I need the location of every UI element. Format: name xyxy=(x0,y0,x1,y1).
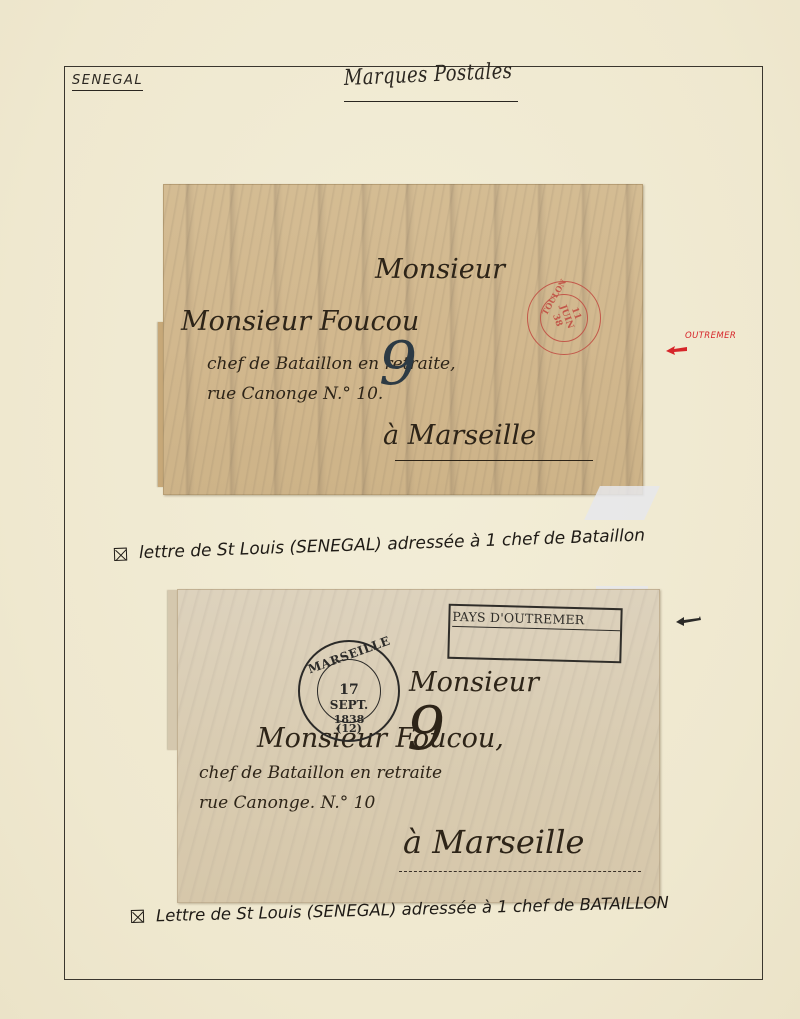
tax-mark: 9 xyxy=(407,699,445,759)
postmark-dept: (12) xyxy=(300,722,398,735)
checkbox-checked-icon xyxy=(131,910,144,923)
album-page: SENEGAL Marques Postales Monsieur Monsie… xyxy=(0,0,800,1019)
pays-doutremer-boxed-mark: PAYS D'OUTREMER xyxy=(447,604,622,664)
address-underline xyxy=(399,871,641,872)
address-line-3: chef de Bataillon en retraite, xyxy=(207,354,456,374)
title-underline xyxy=(344,101,518,102)
tax-mark: 9 xyxy=(379,334,417,394)
postmark-day: 17 xyxy=(318,682,380,698)
arrow-left-icon xyxy=(665,344,689,356)
outremer-annotation: OUTREMER xyxy=(685,331,736,341)
postmark-month: SEPT. xyxy=(318,698,380,712)
boxed-mark-text: PAYS D'OUTREMER xyxy=(452,609,620,631)
country-label: SENEGAL xyxy=(72,73,143,91)
address-line-5: à Marseille xyxy=(403,823,584,861)
address-line-1: Monsieur xyxy=(375,254,505,285)
arrow-left-icon xyxy=(675,614,703,628)
address-underline xyxy=(395,460,593,461)
marseille-postmark: 17 SEPT. 1838 MARSEILLE (12) xyxy=(298,640,400,742)
address-line-4: rue Canonge N.° 10. xyxy=(207,384,383,404)
address-line-4: rue Canonge. N.° 10 xyxy=(199,793,375,813)
address-line-3: chef de Bataillon en retraite xyxy=(199,763,442,783)
checkbox-checked-icon xyxy=(114,547,127,560)
red-postmark: TOULON 11 JUIN 38 xyxy=(527,281,601,355)
address-line-5: à Marseille xyxy=(383,420,536,451)
